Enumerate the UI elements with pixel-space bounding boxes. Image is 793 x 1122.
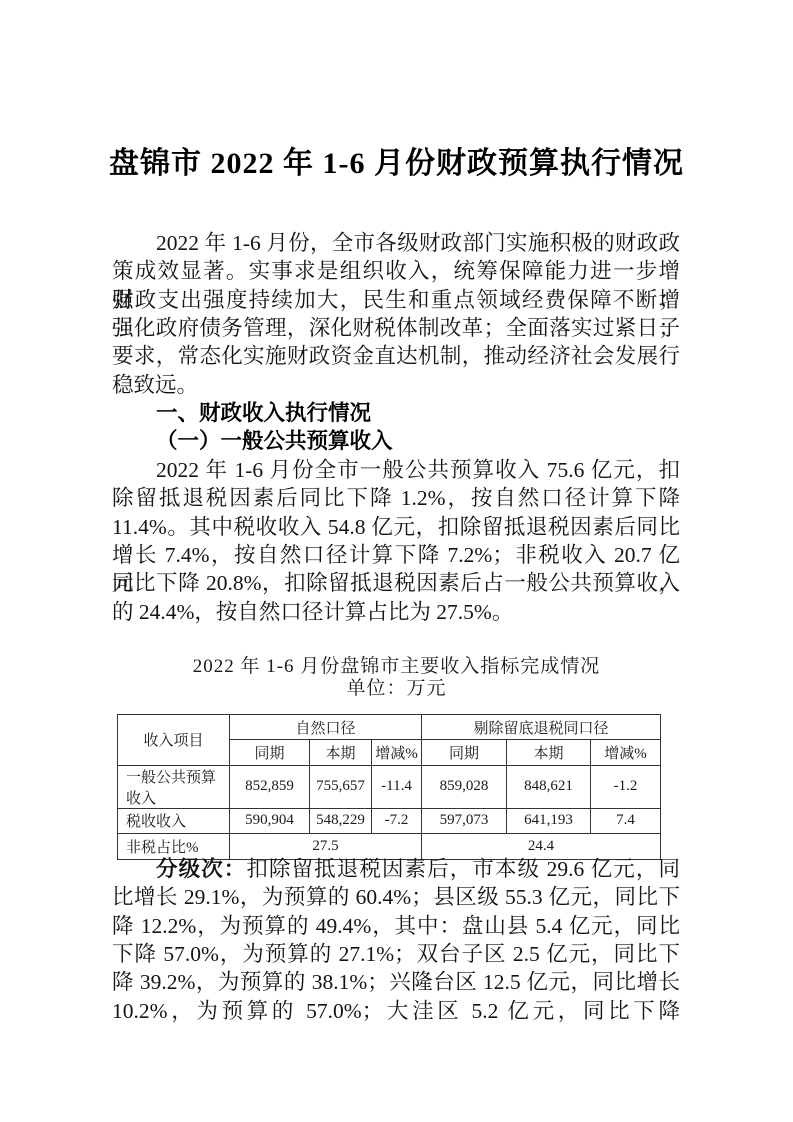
revenue-paragraph: 2022 年 1-6 月份全市一般公共预算收入 75.6 亿元，扣 除留抵退税因…	[112, 456, 680, 626]
table-cell: 848,621	[507, 765, 591, 808]
paragraph-line: 降 39.2%，为预算的 38.1%；兴隆台区 12.5 亿元，同比增长	[112, 968, 680, 996]
table-header-cell: 剔除留底退税同口径	[422, 715, 661, 740]
paragraph-line: 分级次：扣除留抵退税因素后，市本级 29.6 亿元，同	[112, 855, 680, 883]
breakdown-lead: 分级次：	[156, 857, 246, 881]
section-heading-2: （一）一般公共预算收入	[112, 427, 680, 455]
table-cell: 859,028	[422, 765, 507, 808]
table-header-cell: 同期	[422, 740, 507, 765]
paragraph-line: 策成效显著。实事求是组织收入，统筹保障能力进一步增强；	[112, 257, 680, 285]
paragraph-line: 11.4%。其中税收收入 54.8 亿元，扣除留抵退税因素后同比	[112, 513, 680, 541]
table-header-cell: 增减%	[591, 740, 661, 765]
table-cell: -1.2	[591, 765, 661, 808]
table-header-cell: 本期	[507, 740, 591, 765]
paragraph-line: 2022 年 1-6 月份，全市各级财政部门实施积极的财政政	[112, 229, 680, 257]
table-cell: 590,904	[230, 808, 310, 833]
revenue-table: 收入项目 自然口径 剔除留底退税同口径 同期 本期 增减% 同期 本期 增减% …	[117, 714, 661, 860]
table-cell: 852,859	[230, 765, 310, 808]
paragraph-line: 降 12.2%，为预算的 49.4%，其中：盘山县 5.4 亿元，同比	[112, 912, 680, 940]
table-header-cell: 增减%	[372, 740, 422, 765]
table-cell: 一般公共预算收入	[118, 765, 230, 808]
table-cell: 税收收入	[118, 808, 230, 833]
breakdown-paragraph: 分级次：扣除留抵退税因素后，市本级 29.6 亿元，同 比增长 29.1%，为预…	[112, 855, 680, 1025]
table-row: 税收收入 590,904 548,229 -7.2 597,073 641,19…	[118, 808, 661, 833]
table-row: 一般公共预算收入 852,859 755,657 -11.4 859,028 8…	[118, 765, 661, 808]
paragraph-line: 的 24.4%，按自然口径计算占比为 27.5%。	[112, 598, 680, 626]
paragraph-line: 强化政府债务管理，深化财税体制改革；全面落实过紧日子	[112, 314, 680, 342]
paragraph-line: 要求，常态化实施财政资金直达机制，推动经济社会发展行	[112, 342, 680, 370]
paragraph-line: 2022 年 1-6 月份全市一般公共预算收入 75.6 亿元，扣	[112, 456, 680, 484]
paragraph-line-text: 扣除留抵退税因素后，市本级 29.6 亿元，同	[246, 857, 680, 881]
table-header-row: 收入项目 自然口径 剔除留底退税同口径	[118, 715, 661, 740]
document-title: 盘锦市 2022 年 1-6 月份财政预算执行情况	[0, 138, 793, 182]
paragraph-line: 比增长 29.1%，为预算的 60.4%；县区级 55.3 亿元，同比下	[112, 883, 680, 911]
paragraph-line: 10.2%，为预算的 57.0%；大洼区 5.2 亿元，同比下降	[112, 997, 680, 1025]
paragraph-line: 增长 7.4%，按自然口径计算下降 7.2%；非税收入 20.7 亿元，	[112, 541, 680, 569]
table-header-cell: 收入项目	[118, 715, 230, 766]
table-unit-label: 单位：万元	[0, 673, 793, 700]
table-cell: -11.4	[372, 765, 422, 808]
section-heading-1: 一、财政收入执行情况	[112, 399, 680, 427]
document-page: 盘锦市 2022 年 1-6 月份财政预算执行情况 2022 年 1-6 月份，…	[0, 0, 793, 1122]
table-cell: 597,073	[422, 808, 507, 833]
paragraph-line: 财政支出强度持续加大，民生和重点领域经费保障不断增强；	[112, 286, 680, 314]
table-cell: -7.2	[372, 808, 422, 833]
paragraph-line: 稳致远。	[112, 371, 680, 399]
table-cell: 641,193	[507, 808, 591, 833]
table-header-cell: 本期	[310, 740, 372, 765]
table-cell: 7.4	[591, 808, 661, 833]
paragraph-line: 同比下降 20.8%，扣除留抵退税因素后占一般公共预算收入	[112, 569, 680, 597]
intro-paragraph: 2022 年 1-6 月份，全市各级财政部门实施积极的财政政 策成效显著。实事求…	[112, 229, 680, 399]
paragraph-line: 除留抵退税因素后同比下降 1.2%，按自然口径计算下降	[112, 484, 680, 512]
table-header-cell: 同期	[230, 740, 310, 765]
table-cell: 755,657	[310, 765, 372, 808]
paragraph-line: 下降 57.0%，为预算的 27.1%；双台子区 2.5 亿元，同比下	[112, 940, 680, 968]
table-header-cell: 自然口径	[230, 715, 422, 740]
table-cell: 548,229	[310, 808, 372, 833]
